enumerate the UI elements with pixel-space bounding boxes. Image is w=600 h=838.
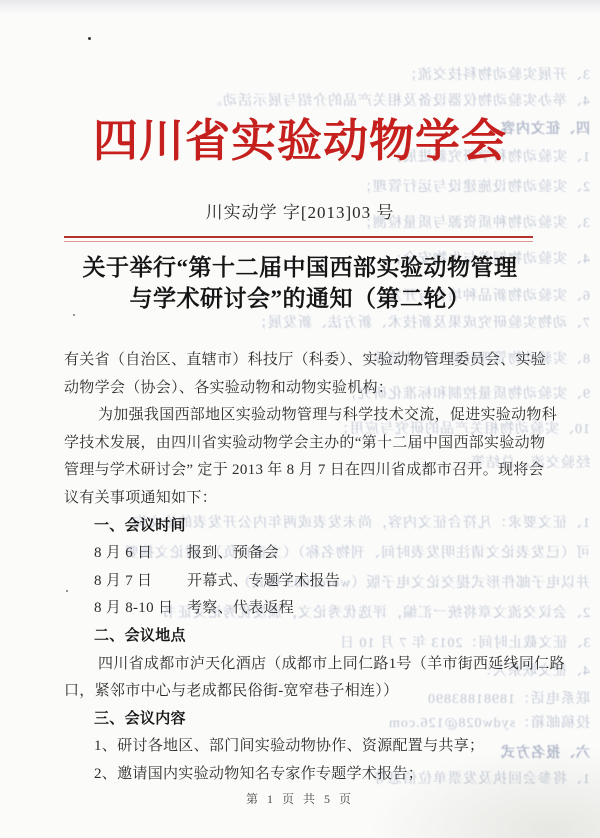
bleedthrough-text: 2、实验动物设施建设与运行管理； xyxy=(357,176,590,196)
document-reference-number: 川实动学 字[2013]03 号 xyxy=(0,198,600,223)
body-line: 议有关事项通知如下： xyxy=(64,485,538,513)
page-number-footer: 第 1 页 共 5 页 xyxy=(0,790,600,807)
body-line: 口，紧邻市中心与老成都民俗街-宽窄巷子相连）） xyxy=(64,678,538,706)
org-masthead-title: 四川省实验动物学会 xyxy=(0,116,600,166)
section-heading: 二、会议地点 xyxy=(64,623,538,651)
schedule-date: 8 月 7 日 xyxy=(94,568,187,596)
notice-title-line1: 关于举行“第十二届中国西部实验动物管理 xyxy=(0,252,600,283)
schedule-row: 8 月 7 日开幕式、专题学术报告 xyxy=(64,568,538,596)
scan-speck xyxy=(73,314,75,316)
document-body: 有关省（自治区、直辖市）科技厅（科委）、实验动物管理委员会、实验动物学会（协会）… xyxy=(64,347,538,789)
body-line: 有关省（自治区、直辖市）科技厅（科委）、实验动物管理委员会、实验 xyxy=(64,347,538,375)
schedule-date: 8 月 6 日 xyxy=(94,540,187,568)
schedule-row: 8 月 6 日报到、预备会 xyxy=(64,540,538,568)
body-line: 1、研讨各地区、部门间实验动物协作、资源配置与共享； xyxy=(64,733,538,761)
section-heading: 三、会议内容 xyxy=(64,706,538,734)
body-line: 为加强我国西部地区实验动物管理与科学技术交流，促进实验动物科 xyxy=(64,402,538,430)
body-line: 动物学会（协会）、各实验动物和动物实验机构： xyxy=(64,375,538,403)
body-line: 2、邀请国内实验动物知名专家作专题学术报告； xyxy=(64,761,538,789)
schedule-row: 8 月 8-10 日考察、代表返程 xyxy=(64,595,538,623)
schedule-activity: 开幕式、专题学术报告 xyxy=(187,573,340,589)
red-separator-rule xyxy=(64,236,533,242)
section-heading: 一、会议时间 xyxy=(64,513,538,541)
scan-speck xyxy=(88,37,91,40)
bleedthrough-text: 4、举办实验动物仪器设备及相关产品的介绍与展示活动。 xyxy=(207,90,590,110)
scan-speck xyxy=(66,590,68,592)
body-line: 管理与学术研讨会” 定于 2013 年 8 月 7 日在四川省成都市召开。现将会 xyxy=(64,457,538,485)
schedule-date: 8 月 8-10 日 xyxy=(94,595,187,623)
body-line: 四川省成都市泸天化酒店（成都市上同仁路1号（羊市街西延线同仁路 xyxy=(64,651,538,679)
schedule-activity: 报到、预备会 xyxy=(187,545,279,561)
bleedthrough-text: 3、开展实验动物科技交流； xyxy=(402,64,590,84)
document-page: 3、开展实验动物科技交流；4、举办实验动物仪器设备及相关产品的介绍与展示活动。四… xyxy=(0,0,600,838)
bleedthrough-text: 7、动物实验研究成果及新技术、新方法、新发展； xyxy=(252,312,590,332)
notice-title: 关于举行“第十二届中国西部实验动物管理 与学术研讨会”的通知（第二轮） xyxy=(0,252,600,314)
schedule-activity: 考察、代表返程 xyxy=(187,600,294,616)
notice-title-line2: 与学术研讨会”的通知（第二轮） xyxy=(0,283,600,314)
body-line: 学技术发展，由四川省实验动物学会主办的“第十二届中国西部实验动物 xyxy=(64,430,538,458)
